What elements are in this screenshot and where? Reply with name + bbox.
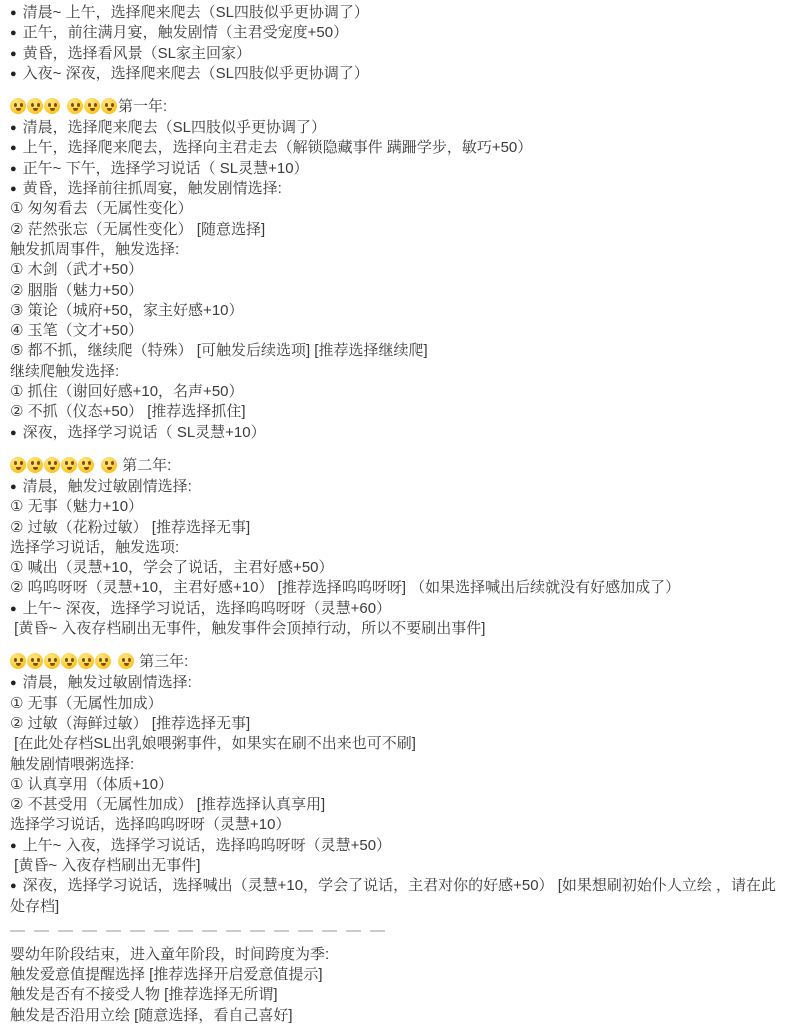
bullet-line: ●入夜~ 深夜，选择爬来爬去（SL四肢似乎更协调了） bbox=[10, 64, 790, 84]
bullet-icon: ● bbox=[10, 3, 17, 23]
line-text: 继续爬触发选择: bbox=[10, 363, 119, 380]
line-text: ④ 玉笔（文才+50） bbox=[10, 322, 143, 339]
grinning-face-emoji-icon bbox=[27, 457, 43, 473]
year-2-section: 第二年:●清晨，触发过敏剧情选择:① 无事（魅力+10）② 过敏（花粉过敏） [… bbox=[10, 455, 790, 639]
line-text: 深夜，选择学习说话（ SL灵慧+10） bbox=[23, 424, 266, 441]
choice-line: ① 抓住（谢回好感+10，名声+50） bbox=[10, 382, 790, 402]
year-header-label: 第一年: bbox=[118, 98, 167, 115]
bullet-line: ●清晨，触发过敏剧情选择: bbox=[10, 673, 790, 693]
grinning-face-emoji-icon bbox=[67, 98, 83, 114]
bullet-line: ●黄昏，选择前往抓周宴，触发剧情选择: bbox=[10, 179, 790, 199]
line-text: ⑤ 都不抓，继续爬（特殊） [可触发后续选项] [推荐选择继续爬] bbox=[10, 342, 428, 359]
line-text: 清晨，选择爬来爬去（SL四肢似乎更协调了） bbox=[23, 119, 326, 136]
text-line: 触发是否有不接受人物 [推荐选择无所谓] bbox=[10, 985, 790, 1005]
grinning-face-emoji-icon bbox=[78, 653, 94, 669]
bullet-line: ●正午~ 下午，选择学习说话（ SL灵慧+10） bbox=[10, 159, 790, 179]
line-text: 选择学习说话，选择呜呜呀呀（灵慧+10） bbox=[10, 816, 290, 833]
grinning-face-emoji-icon bbox=[84, 98, 100, 114]
line-text: 触发是否沿用立绘 [随意选择，看自己喜好] bbox=[10, 1007, 293, 1024]
grinning-face-emoji-icon bbox=[10, 653, 26, 669]
choice-line: ② 不甚受用（无属性加成） [推荐选择认真享用] bbox=[10, 795, 790, 815]
text-line: 选择学习说话，选择呜呜呀呀（灵慧+10） bbox=[10, 815, 790, 835]
line-text: ① 无事（无属性加成） bbox=[10, 695, 163, 712]
grinning-face-emoji-icon bbox=[44, 98, 60, 114]
bullet-icon: ● bbox=[10, 44, 17, 64]
choice-line: ④ 玉笔（文才+50） bbox=[10, 321, 790, 341]
line-text: ② 过敏（海鲜过敏） [推荐选择无事] bbox=[10, 715, 250, 732]
grinning-face-emoji-icon bbox=[61, 457, 77, 473]
grinning-face-emoji-icon bbox=[27, 98, 43, 114]
line-text: ① 喊出（灵慧+10，学会了说话，主君好感+50） bbox=[10, 559, 334, 576]
text-line: 触发抓周事件，触发选择: bbox=[10, 240, 790, 260]
choice-line: ① 无事（魅力+10） bbox=[10, 497, 790, 517]
year-header: 第三年: bbox=[10, 651, 790, 673]
text-line: 继续爬触发选择: bbox=[10, 362, 790, 382]
bullet-line: ●正午，前往满月宴，触发剧情（主君受宠度+50） bbox=[10, 23, 790, 43]
line-text: ① 抓住（谢回好感+10，名声+50） bbox=[10, 383, 244, 400]
line-text: ② 不甚受用（无属性加成） [推荐选择认真享用] bbox=[10, 796, 325, 813]
bullet-icon: ● bbox=[10, 138, 17, 158]
line-text: ① 木剑（武才+50） bbox=[10, 261, 143, 278]
guide-document: ●清晨~ 上午，选择爬来爬去（SL四肢似乎更协调了）●正午，前往满月宴，触发剧情… bbox=[0, 0, 800, 1026]
text-line: 婴幼年阶段结束，进入童年阶段，时间跨度为季: bbox=[10, 945, 790, 965]
line-text: ② 茫然张忘（无属性变化） [随意选择] bbox=[10, 221, 265, 238]
line-text: 触发是否有不接受人物 [推荐选择无所谓] bbox=[10, 986, 278, 1003]
grinning-face-emoji-icon bbox=[101, 457, 117, 473]
bullet-icon: ● bbox=[10, 64, 17, 84]
line-text: 触发抓周事件，触发选择: bbox=[10, 241, 179, 258]
line-text: ③ 策论（城府+50，家主好感+10） bbox=[10, 302, 244, 319]
bullet-line: ●上午~ 深夜，选择学习说话，选择呜呜呀呀（灵慧+60） bbox=[10, 599, 790, 619]
choice-line: ② 胭脂（魅力+50） bbox=[10, 281, 790, 301]
line-text: 婴幼年阶段结束，进入童年阶段，时间跨度为季: bbox=[10, 946, 329, 963]
choice-line: ② 过敏（花粉过敏） [推荐选择无事] bbox=[10, 518, 790, 538]
line-text: 黄昏，选择前往抓周宴，触发剧情选择: bbox=[23, 180, 282, 197]
grinning-face-emoji-icon bbox=[44, 653, 60, 669]
year-header: 第二年: bbox=[10, 455, 790, 477]
bullet-icon: ● bbox=[10, 477, 17, 497]
bullet-line: ●深夜，选择学习说话（ SL灵慧+10） bbox=[10, 423, 790, 443]
line-text: 深夜，选择学习说话，选择喊出（灵慧+10，学会了说话，主君对你的好感+50） [… bbox=[10, 877, 776, 914]
grinning-face-emoji-icon bbox=[61, 653, 77, 669]
choice-line: ① 木剑（武才+50） bbox=[10, 260, 790, 280]
bullet-line: ●清晨，选择爬来爬去（SL四肢似乎更协调了） bbox=[10, 118, 790, 138]
bullet-line: ●清晨~ 上午，选择爬来爬去（SL四肢似乎更协调了） bbox=[10, 3, 790, 23]
line-text: ① 认真享用（体质+10） bbox=[10, 776, 173, 793]
choice-line: ⑤ 都不抓，继续爬（特殊） [可触发后续选项] [推荐选择继续爬] bbox=[10, 341, 790, 361]
bullet-icon: ● bbox=[10, 159, 17, 179]
line-text: [黄昏~ 入夜存档刷出无事件，触发事件会顶掉行动，所以不要刷出事件] bbox=[10, 620, 485, 637]
document-body: ●清晨~ 上午，选择爬来爬去（SL四肢似乎更协调了）●正午，前往满月宴，触发剧情… bbox=[10, 3, 790, 1026]
choice-line: ② 茫然张忘（无属性变化） [随意选择] bbox=[10, 220, 790, 240]
line-text: 上午~ 深夜，选择学习说话，选择呜呜呀呀（灵慧+60） bbox=[23, 600, 391, 617]
divider-section: ———————————————— bbox=[10, 921, 790, 941]
bullet-icon: ● bbox=[10, 599, 17, 619]
line-text: ② 胭脂（魅力+50） bbox=[10, 282, 143, 299]
bullet-icon: ● bbox=[10, 23, 17, 43]
bullet-icon: ● bbox=[10, 876, 17, 896]
bullet-line: ●清晨，触发过敏剧情选择: bbox=[10, 477, 790, 497]
grinning-face-emoji-icon bbox=[27, 653, 43, 669]
line-text: 触发爱意值提醒选择 [推荐选择开启爱意值提示] bbox=[10, 966, 323, 983]
note-line: [在此处存档SL出乳娘喂粥事件，如果实在刷不出来也可不刷] bbox=[10, 734, 790, 754]
line-text: ① 无事（魅力+10） bbox=[10, 498, 143, 515]
year-header-label: 第二年: bbox=[118, 457, 171, 474]
year-header: 第一年: bbox=[10, 96, 790, 118]
line-text: 上午，选择爬来爬去，选择向主君走去（解锁隐藏事件 蹒跚学步，敏巧+50） bbox=[23, 139, 533, 156]
line-text: ② 呜呜呀呀（灵慧+10，主君好感+10） [推荐选择呜呜呀呀] （如果选择喊出… bbox=[10, 579, 680, 596]
line-text: 入夜~ 深夜，选择爬来爬去（SL四肢似乎更协调了） bbox=[23, 65, 369, 82]
line-text: 上午~ 入夜，选择学习说话，选择呜呜呀呀（灵慧+50） bbox=[23, 837, 391, 854]
line-text: 正午，前往满月宴，触发剧情（主君受宠度+50） bbox=[23, 24, 348, 41]
grinning-face-emoji-icon bbox=[101, 98, 117, 114]
grinning-face-emoji-icon bbox=[10, 98, 26, 114]
grinning-face-emoji-icon bbox=[95, 653, 111, 669]
text-line: 选择学习说话，触发选项: bbox=[10, 538, 790, 558]
grinning-face-emoji-icon bbox=[78, 457, 94, 473]
year-3-section: 第三年:●清晨，触发过敏剧情选择:① 无事（无属性加成）② 过敏（海鲜过敏） [… bbox=[10, 651, 790, 917]
line-text: ① 匆匆看去（无属性变化） bbox=[10, 200, 193, 217]
bullet-icon: ● bbox=[10, 118, 17, 138]
line-text: 清晨~ 上午，选择爬来爬去（SL四肢似乎更协调了） bbox=[23, 4, 369, 21]
year-1-section: 第一年:●清晨，选择爬来爬去（SL四肢似乎更协调了）●上午，选择爬来爬去，选择向… bbox=[10, 96, 790, 443]
text-line: 触发爱意值提醒选择 [推荐选择开启爱意值提示] bbox=[10, 965, 790, 985]
choice-line: ③ 策论（城府+50，家主好感+10） bbox=[10, 301, 790, 321]
bullet-line: ●上午，选择爬来爬去，选择向主君走去（解锁隐藏事件 蹒跚学步，敏巧+50） bbox=[10, 138, 790, 158]
choice-line: ① 喊出（灵慧+10，学会了说话，主君好感+50） bbox=[10, 558, 790, 578]
bullet-line: ●黄昏，选择看风景（SL家主回家） bbox=[10, 44, 790, 64]
line-text: ② 不抓（仪态+50） [推荐选择抓住] bbox=[10, 403, 246, 420]
bullet-icon: ● bbox=[10, 673, 17, 693]
bullet-line: ●深夜，选择学习说话，选择喊出（灵慧+10，学会了说话，主君对你的好感+50） … bbox=[10, 876, 790, 917]
intro-section: ●清晨~ 上午，选择爬来爬去（SL四肢似乎更协调了）●正午，前往满月宴，触发剧情… bbox=[10, 3, 790, 84]
note-line: [黄昏~ 入夜存档刷出无事件] bbox=[10, 856, 790, 876]
grinning-face-emoji-icon bbox=[118, 653, 134, 669]
choice-line: ② 不抓（仪态+50） [推荐选择抓住] bbox=[10, 402, 790, 422]
choice-line: ① 无事（无属性加成） bbox=[10, 694, 790, 714]
note-line: [黄昏~ 入夜存档刷出无事件，触发事件会顶掉行动，所以不要刷出事件] bbox=[10, 619, 790, 639]
section-divider: ———————————————— bbox=[10, 921, 790, 941]
bullet-icon: ● bbox=[10, 836, 17, 856]
text-line: 触发剧情喂粥选择: bbox=[10, 755, 790, 775]
text-line: 触发是否沿用立绘 [随意选择，看自己喜好] bbox=[10, 1006, 790, 1026]
line-text: 选择学习说话，触发选项: bbox=[10, 539, 179, 556]
line-text: ② 过敏（花粉过敏） [推荐选择无事] bbox=[10, 519, 250, 536]
choice-line: ② 过敏（海鲜过敏） [推荐选择无事] bbox=[10, 714, 790, 734]
line-text: [黄昏~ 入夜存档刷出无事件] bbox=[10, 857, 200, 874]
ending-section: 婴幼年阶段结束，进入童年阶段，时间跨度为季:触发爱意值提醒选择 [推荐选择开启爱… bbox=[10, 945, 790, 1026]
grinning-face-emoji-icon bbox=[44, 457, 60, 473]
bullet-icon: ● bbox=[10, 423, 17, 443]
bullet-icon: ● bbox=[10, 179, 17, 199]
line-text: 正午~ 下午，选择学习说话（ SL灵慧+10） bbox=[23, 160, 309, 177]
year-header-label: 第三年: bbox=[135, 653, 188, 670]
grinning-face-emoji-icon bbox=[10, 457, 26, 473]
choice-line: ① 匆匆看去（无属性变化） bbox=[10, 199, 790, 219]
line-text: 触发剧情喂粥选择: bbox=[10, 756, 134, 773]
choice-line: ② 呜呜呀呀（灵慧+10，主君好感+10） [推荐选择呜呜呀呀] （如果选择喊出… bbox=[10, 578, 790, 598]
line-text: 清晨，触发过敏剧情选择: bbox=[23, 674, 192, 691]
bullet-line: ●上午~ 入夜，选择学习说话，选择呜呜呀呀（灵慧+50） bbox=[10, 836, 790, 856]
line-text: 清晨，触发过敏剧情选择: bbox=[23, 478, 192, 495]
line-text: 黄昏，选择看风景（SL家主回家） bbox=[23, 45, 251, 62]
line-text: [在此处存档SL出乳娘喂粥事件，如果实在刷不出来也可不刷] bbox=[10, 735, 416, 752]
choice-line: ① 认真享用（体质+10） bbox=[10, 775, 790, 795]
